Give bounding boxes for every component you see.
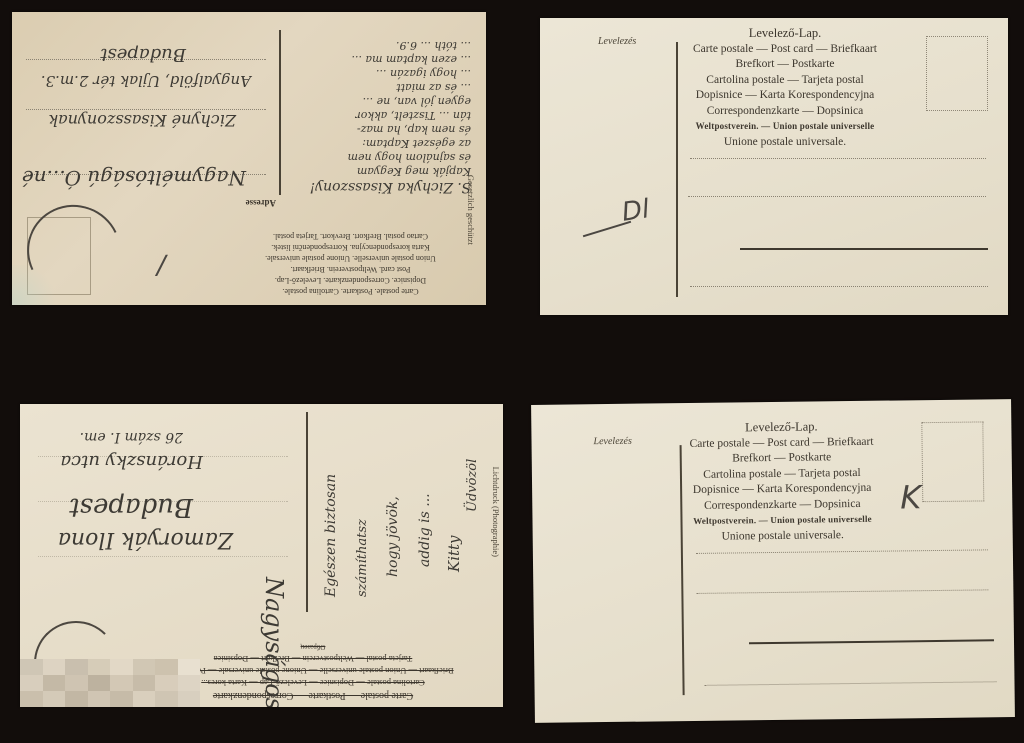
address-line: [705, 681, 997, 686]
address-line: [696, 589, 988, 594]
address-underline: [749, 639, 994, 644]
pixelated-watermark: [20, 659, 200, 707]
printed-postal-text: Carte postale — Postkarte — Corresponden…: [153, 641, 473, 701]
postcard-bottom-left: Carte postale — Postkarte — Corresponden…: [20, 404, 503, 707]
pencil-mark: /: [157, 250, 166, 280]
address-line: [688, 196, 986, 197]
address-handwriting-line: 26 szám I. em.: [80, 429, 183, 445]
printed-postal-text: Levelező-Lap. Carte postale — Post card …: [685, 26, 885, 150]
corner-label: Levelezés: [593, 436, 631, 447]
address-handwriting-line: Nagyméltóságú Ó...né: [22, 166, 246, 190]
divider-line: [280, 30, 282, 195]
address-handwriting-line: Horánszky utca: [60, 451, 203, 472]
address-handwriting-line: Budapest: [100, 44, 186, 65]
message-handwriting: S. Zichyka Kisasszony! Kapják meg Kegyam…: [286, 38, 471, 195]
address-line: [690, 286, 988, 287]
address-handwriting-line: Budapest: [69, 492, 193, 522]
printer-side-text: Lichtdruck (Photographie): [491, 467, 501, 557]
printed-postal-text: Levelező-Lap. Carte postale — Post card …: [681, 419, 883, 545]
address-line: [26, 109, 266, 110]
address-handwriting-line: Nagyságos: [260, 577, 288, 707]
message-handwriting: Üdvözöl Egészen biztosan számíthatsz hog…: [313, 427, 473, 607]
address-handwriting-line: Angyalföld, Ujlak tér 2.m.3.: [41, 72, 251, 90]
stamp-placeholder-box: [921, 421, 984, 502]
printed-postal-text: Carte postale. Postkarte. Cartolina post…: [233, 231, 468, 297]
divider-line: [676, 42, 678, 297]
corner-label: Levelezés: [598, 36, 636, 47]
postcard-top-left: Gesetzlich geschützt Carte postale. Post…: [12, 12, 486, 305]
card-corner-fade: [12, 265, 62, 305]
address-handwriting-line: Zamoryák Ilona: [58, 527, 233, 552]
address-line: [690, 158, 986, 159]
pencil-stroke: [583, 221, 631, 238]
pencil-mark: K: [900, 478, 921, 516]
address-line: [696, 549, 988, 554]
address-underline: [740, 248, 988, 250]
divider-line: [307, 412, 309, 612]
postcard-bottom-right: Levelezés Levelező-Lap. Carte postale — …: [531, 399, 1015, 723]
postcard-top-right: Levelezés Levelező-Lap. Carte postale — …: [540, 18, 1008, 315]
postcard-top-left-rotated-content: Gesetzlich geschützt Carte postale. Post…: [12, 12, 486, 305]
stamp-placeholder-box: [926, 36, 988, 111]
address-handwriting-line: Zichyné Kisasszonynak: [48, 111, 236, 130]
address-label: Adresse: [246, 195, 276, 211]
address-line: [38, 556, 288, 557]
